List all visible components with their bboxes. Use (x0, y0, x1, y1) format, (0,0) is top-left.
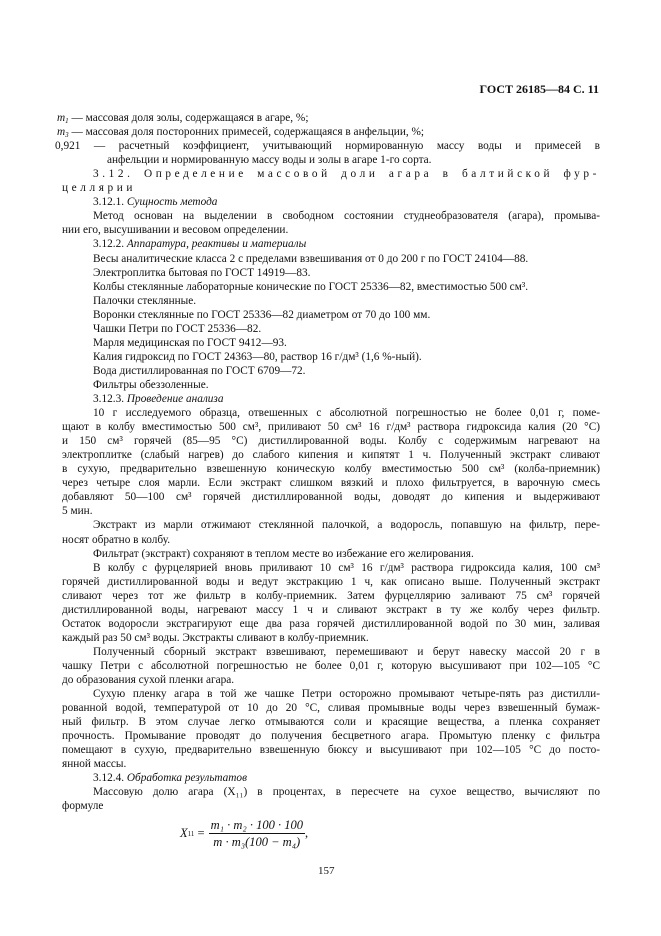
definition-symbol: m3 (57, 125, 69, 139)
definition-text: — массовая доля посторонних примесей, со… (69, 126, 424, 138)
paragraph-line: щают в колбу вместимостью 500 см³, прили… (62, 420, 600, 434)
subsection-3-12-2: 3.12.2. Аппаратура, реактивы и материалы (62, 237, 600, 251)
paragraph-line: и 150 см³ горячей (85—95 °С) дистиллиров… (62, 434, 600, 448)
subsection-3-12-4: 3.12.4. Обработка результатов (62, 771, 600, 785)
subsection-title: Сущность метода (127, 196, 218, 208)
paragraph-line: Остаток водоросли экстрагируют еще два р… (62, 617, 600, 631)
paragraph-line: Полученный сборный экстракт взвешивают, … (62, 645, 600, 659)
paragraph-line: Экстракт из марли отжимают стеклянной па… (62, 518, 600, 532)
formula-fraction: m₁ · m₂ · 100 · 100 m · m₃(100 − m₄) (209, 818, 305, 849)
paragraph-line: янной массы. (62, 757, 600, 771)
definition-continuation: анфельции и нормированную массу воды и з… (107, 153, 645, 167)
subsection-title: Аппаратура, реактивы и материалы (127, 238, 306, 250)
definition-item: m1 — массовая доля золы, содержащаяся в … (57, 111, 597, 125)
definition-item: 0,921 — расчетный коэффициент, учитывающ… (55, 139, 600, 153)
equipment-item: Воронки стеклянные по ГОСТ 25336—82 диам… (62, 308, 600, 322)
subsection-title: Обработка результатов (127, 772, 247, 784)
paragraph-line: добавляют 50—100 см³ горячей дистиллиров… (62, 490, 600, 504)
definition-text: — массовая доля золы, содержащаяся в ага… (69, 112, 309, 124)
paragraph-line: носят обратно в колбу. (62, 533, 600, 547)
equipment-item: Марля медицинская по ГОСТ 9412—93. (62, 336, 600, 350)
paragraph-line: в сухую, предварительно взвешенную конич… (62, 462, 600, 476)
subsection-title: Проведение анализа (127, 393, 224, 405)
paragraph-line: Метод основан на выделении в свободном с… (62, 209, 600, 223)
paragraph-line: сливают через тот же фильтр в колбу-прие… (62, 589, 600, 603)
equipment-item: Фильтры обеззоленные. (62, 378, 600, 392)
equipment-item: Калия гидроксид по ГОСТ 24363—80, раство… (62, 350, 600, 364)
equipment-item: Вода дистиллированная по ГОСТ 6709—72. (62, 364, 600, 378)
paragraph-line: Сухую пленку агара в той же чашке Петри … (62, 687, 600, 701)
section-title-cont: целлярии (62, 181, 600, 195)
section-title: 3.12. Определение массовой доли агара в … (62, 167, 600, 181)
formula-trailing: , (305, 826, 308, 841)
subsection-3-12-3: 3.12.3. Проведение анализа (62, 392, 600, 406)
formula-numerator: m₁ · m₂ · 100 · 100 (209, 818, 305, 834)
equipment-item: Весы аналитические класса 2 с пределами … (62, 252, 600, 266)
paragraph-line: через четыре слоя марли. Если экстракт с… (62, 476, 600, 490)
subsection-3-12-1: 3.12.1. Сущность метода (62, 195, 600, 209)
paragraph-line: помещают в сухую, предварительно взвешен… (62, 743, 600, 757)
equals-sign: = (194, 826, 204, 841)
formula-denominator: m · m₃(100 − m₄) (211, 834, 302, 849)
paragraph-line: рованной водой, температурой от 10 до 20… (62, 701, 600, 715)
equipment-item: Чашки Петри по ГОСТ 25336—82. (62, 322, 600, 336)
equipment-item: Палочки стеклянные. (62, 294, 600, 308)
paragraph-line: Массовую долю агара (X₁₁) в процентах, в… (62, 785, 600, 799)
definition-text: — расчетный коэффициент, учитывающий нор… (80, 140, 600, 152)
equipment-item: Колбы стеклянные лабораторные конические… (62, 280, 600, 294)
page-number: 157 (318, 865, 335, 877)
definition-symbol: 0,921 (55, 139, 80, 153)
formula-lhs: X (180, 826, 188, 841)
paragraph-line: формуле (62, 799, 600, 813)
paragraph-line: дистиллированной воды, нагревают массу 1… (62, 603, 600, 617)
formula: X11 = m₁ · m₂ · 100 · 100 m · m₃(100 − m… (180, 818, 308, 849)
paragraph-line: каждый раз 50 см³ воды. Экстракты сливаю… (62, 631, 600, 645)
paragraph-line: электроплитке (слабый нагрев) до слабого… (62, 448, 600, 462)
paragraph-line: горячей дистиллированной воды и ведут эк… (62, 575, 600, 589)
document-header: ГОСТ 26185—84 С. 11 (480, 82, 600, 97)
paragraph-line: ный фильтр. В этом случае легко отмывают… (62, 715, 600, 729)
definition-item: m3 — массовая доля посторонних примесей,… (57, 125, 597, 139)
paragraph-line: 10 г исследуемого образца, отвешенных с … (62, 406, 600, 420)
equipment-item: Электроплитка бытовая по ГОСТ 14919—83. (62, 266, 600, 280)
paragraph-line: В колбу с фурцелярией вновь приливают 10… (62, 561, 600, 575)
definition-symbol: m1 (57, 111, 69, 125)
paragraph-line: прочность. Промывание проводят до получе… (62, 729, 600, 743)
paragraph-line: чашку Петри с абсолютной погрешностью не… (62, 659, 600, 673)
paragraph-line: Фильтрат (экстракт) сохраняют в теплом м… (62, 547, 600, 561)
paragraph-line: до образования сухой пленки агара. (62, 673, 600, 687)
paragraph-line: нии его, высушивании и весовом определен… (62, 223, 600, 237)
paragraph-line: 5 мин. (62, 504, 600, 518)
